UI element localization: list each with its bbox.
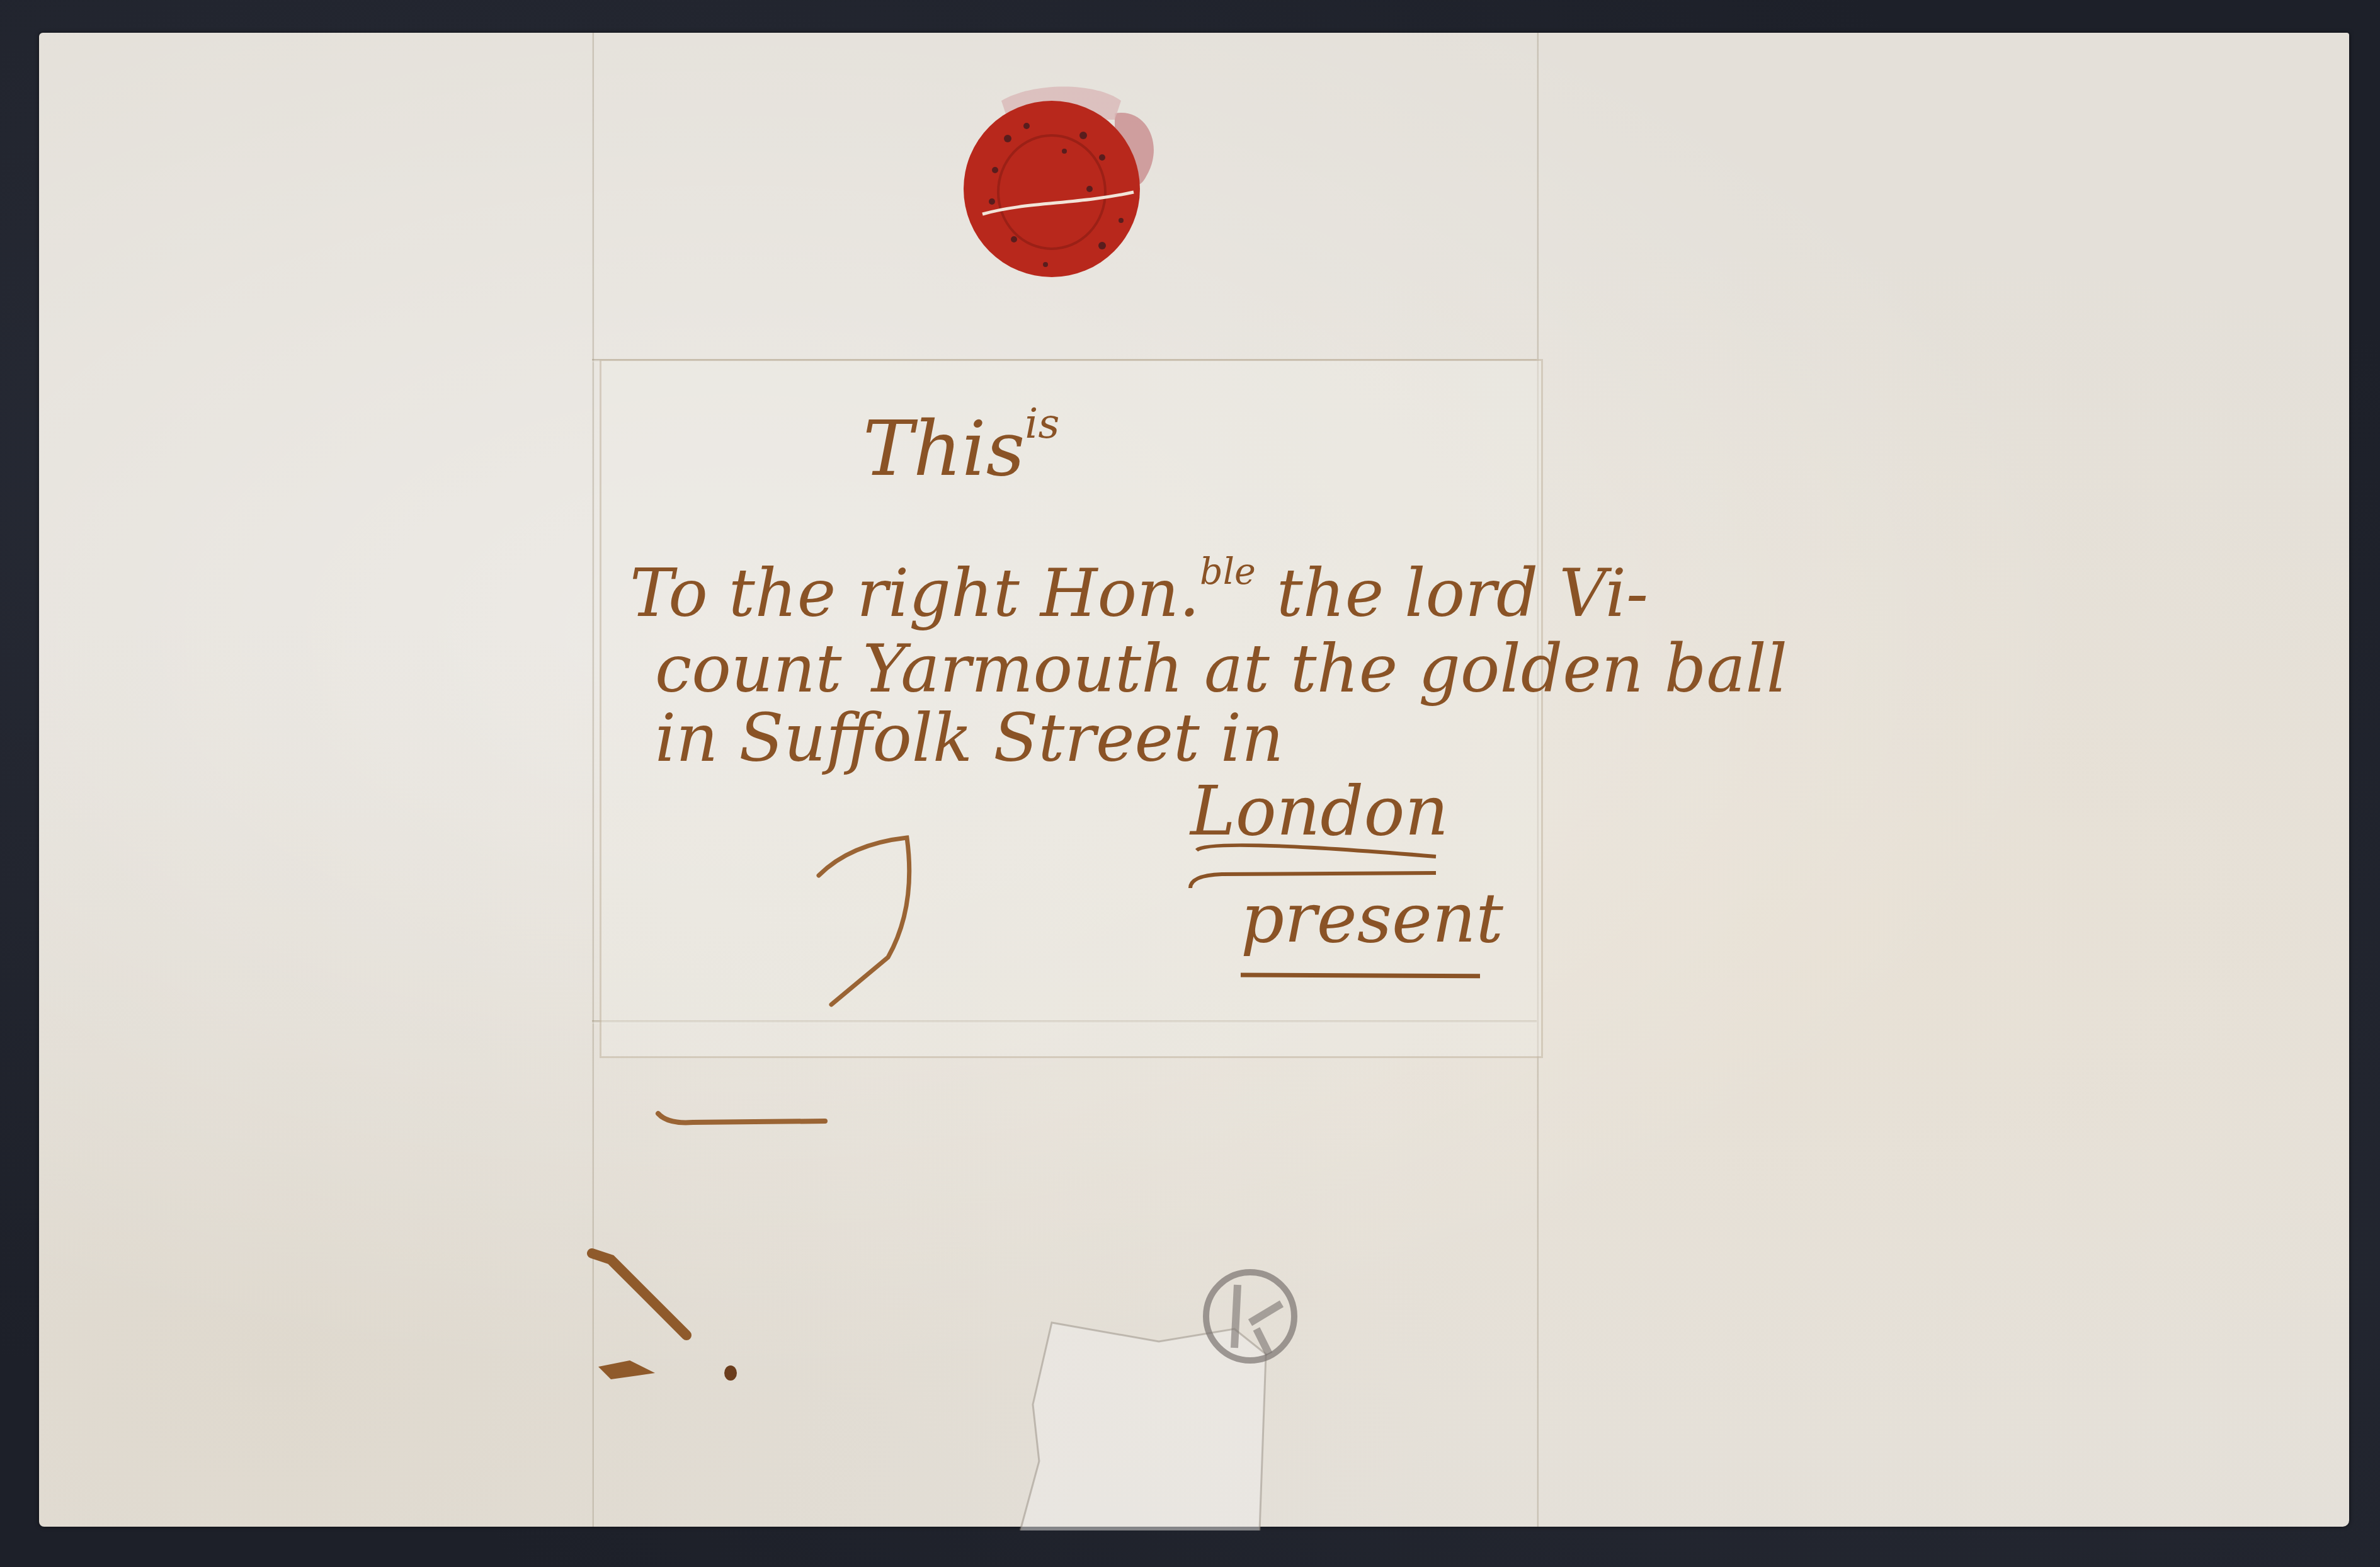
present-overline [1184, 869, 1449, 894]
address-line-1: To the right Hon.ble the lord Vi- [630, 554, 1648, 626]
ink-offset-stains [586, 1247, 749, 1398]
ink-stain-dash [655, 1108, 831, 1134]
address-line-2: count Yarmouth at the golden ball [655, 636, 1787, 702]
endorsement-text: Thisis [863, 403, 1059, 487]
underline-strokes [1184, 831, 1480, 989]
bracket-flourish-icon [812, 831, 926, 1008]
postmark-stamp-icon [1193, 1260, 1307, 1373]
address-line-3: in Suffolk Street in [655, 705, 1284, 771]
wax-seal-icon [957, 76, 1159, 283]
